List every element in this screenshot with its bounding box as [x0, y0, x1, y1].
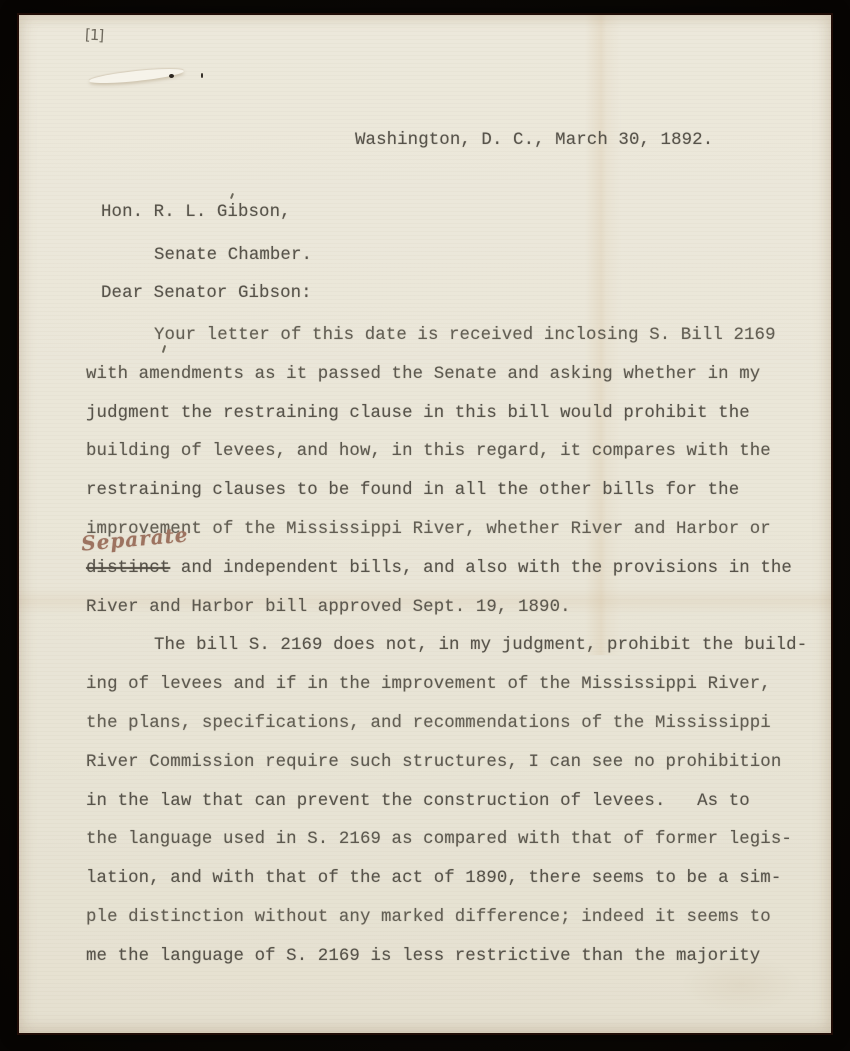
- typed-line: Your letter of this date is received inc…: [86, 317, 826, 356]
- letter-page: [1] Washington, D. C., March 30, 1892. H…: [19, 15, 831, 1033]
- typed-line: River Commission require such structures…: [86, 744, 826, 783]
- typed-line: The bill S. 2169 does not, in my judgmen…: [86, 627, 826, 666]
- typed-line: River and Harbor bill approved Sept. 19,…: [86, 589, 826, 628]
- typed-line: judgment the restraining clause in this …: [86, 395, 826, 434]
- typed-line: the language used in S. 2169 as compared…: [86, 821, 826, 860]
- page-number-annotation: [1]: [85, 26, 104, 45]
- typed-line: the plans, specifications, and recommend…: [86, 705, 826, 744]
- typed-line: me the language of S. 2169 is less restr…: [86, 938, 826, 977]
- struck-word: distinct: [86, 559, 170, 578]
- typed-line: distinct and independent bills, and also…: [86, 550, 826, 589]
- typed-line: in the law that can prevent the construc…: [86, 783, 826, 822]
- typed-line: ing of levees and if in the improvement …: [86, 666, 826, 705]
- paper-tear: [89, 63, 217, 89]
- typed-line: with amendments as it passed the Senate …: [86, 356, 826, 395]
- letter-body: Your letter of this date is received inc…: [86, 317, 826, 977]
- typed-line: improvement of the Mississippi River, wh…: [86, 511, 826, 550]
- typed-line: lation, and with that of the act of 1890…: [86, 860, 826, 899]
- stray-ink-mark: [230, 193, 234, 199]
- typed-line: restraining clauses to be found in all t…: [86, 472, 826, 511]
- tear-crease: [89, 66, 185, 86]
- scan-background: [1] Washington, D. C., March 30, 1892. H…: [0, 0, 850, 1051]
- typed-line: building of levees, and how, in this reg…: [86, 433, 826, 472]
- dateline: Washington, D. C., March 30, 1892.: [355, 131, 713, 150]
- paper-speck: [169, 74, 174, 78]
- recipient-address: Senate Chamber.: [154, 246, 312, 265]
- recipient-name: Hon. R. L. Gibson,: [101, 203, 291, 222]
- paper-speck: [201, 73, 203, 78]
- salutation: Dear Senator Gibson:: [101, 284, 312, 303]
- typed-line: ple distinction without any marked diffe…: [86, 899, 826, 938]
